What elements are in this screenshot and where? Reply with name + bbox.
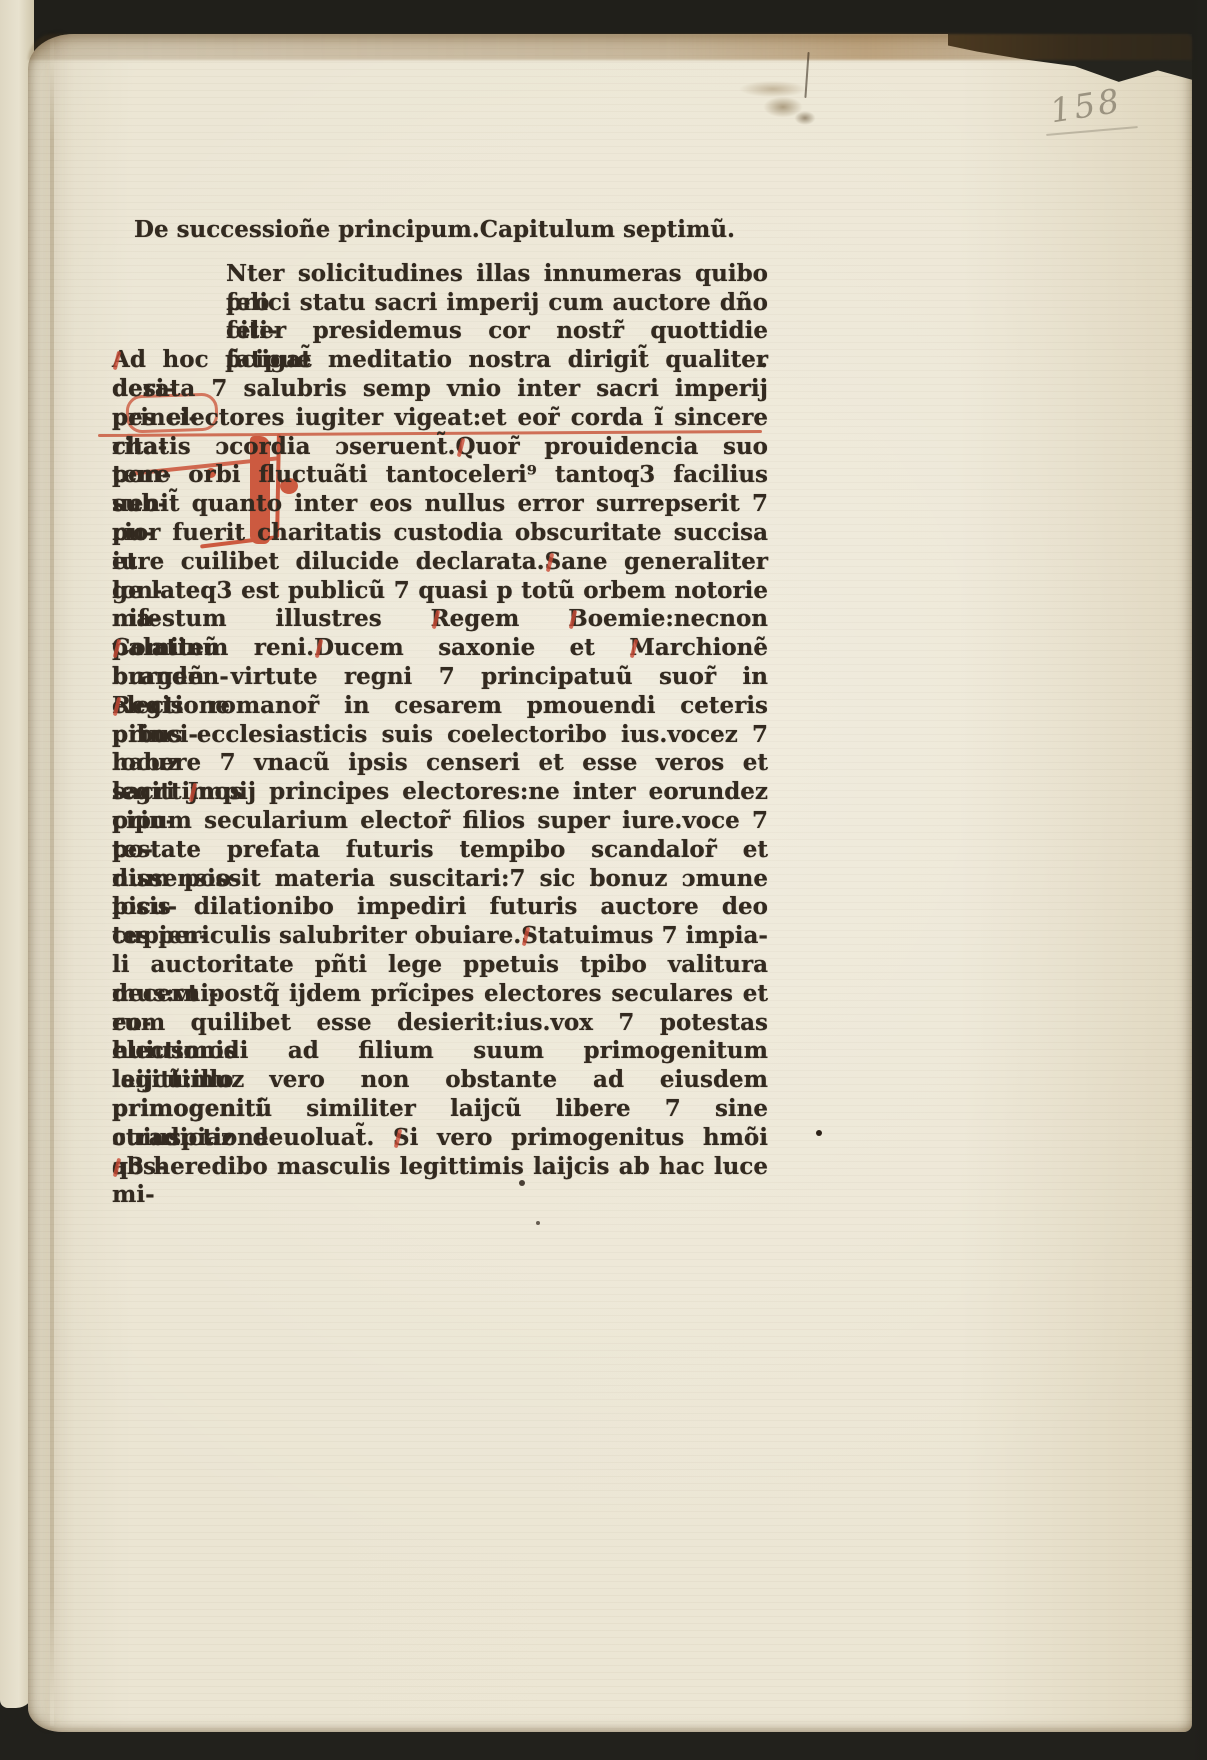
text-line: Regis romanor̃ in cesarem pmouendi ceter…: [112, 692, 768, 721]
text-line: nifestum illustres Regem Boemie:necnon C…: [112, 605, 768, 634]
text-line: tes periculis salubriter obuiare.Statuim…: [112, 922, 768, 951]
chapter-heading: De successioñe principum.Capitulum septi…: [112, 216, 768, 245]
body-text: Nter solicitudines illas innumeras quibo…: [112, 260, 768, 1182]
text-line: mus:vt postq̃ ijdem prĩcipes electores s…: [112, 980, 768, 1009]
text-line: sacri Jmpij principes electores:ne inter…: [112, 778, 768, 807]
text-line: habere 7 vnacũ ipsis censeri et esse ver…: [112, 749, 768, 778]
text-line: uenit̃ quanto inter eos nullus error sur…: [112, 490, 768, 519]
text-line: Ad hoc p̃cipue meditatio nostra dirigit̃…: [112, 346, 768, 375]
text-line: ritatis ɔcordia ɔseruent̃.Quor̃ prouiden…: [112, 433, 768, 462]
text-line: pore orbi fluctuãti tantoceleri⁹ tantoq3…: [112, 461, 768, 490]
gutter-crease: [50, 38, 54, 1726]
text-line: iure cuilibet dilucide declarata.Sane ge…: [112, 548, 768, 577]
page-number-annotation: 158: [1047, 81, 1124, 131]
text-line: pibus ecclesiasticis suis coelectoribo i…: [112, 721, 768, 750]
text-line: laijcũ:illo vero non obstante ad eiusdem…: [112, 1066, 768, 1095]
text-line: ge lateq3 est publicũ 7 quasi p totũ orb…: [112, 577, 768, 606]
text-line: losis dilationibo impediri futuris aucto…: [112, 893, 768, 922]
text-line: felici statu sacri imperij cum auctore d…: [112, 289, 768, 318]
text-line: burgeñ virtute regni 7 principatuũ suor̃…: [112, 663, 768, 692]
text-line: pes electores iugiter vigeat:et eor̃ cor…: [112, 404, 768, 433]
text-line: num possit materia suscitari:7 sic bonuz…: [112, 865, 768, 894]
ink-dot: [536, 1221, 540, 1225]
text-line: cuiuspiaz deuoluat̃. Si vero primogenitu…: [112, 1124, 768, 1153]
ink-dot: [816, 1130, 822, 1136]
text-line: derata 7 salubris semp vnio inter sacri …: [112, 375, 768, 404]
text-line: rum quilibet esse desierit:ius.vox 7 pot…: [112, 1009, 768, 1038]
paper-stain: [790, 108, 820, 128]
text-line: Nter solicitudines illas innumeras quibo…: [112, 260, 768, 289]
text-line: primogenitũ similiter laijcũ libere 7 si…: [112, 1095, 768, 1124]
book-page: 158 De successioñe principum.Capitulum s…: [28, 34, 1192, 1732]
text-line: huiusmodi ad filium suum primogenitum le…: [112, 1037, 768, 1066]
text-line: li auctoritate pñti lege ppetuis tpibo v…: [112, 951, 768, 980]
text-line: q3 heredibo masculis legittimis laijcis …: [112, 1153, 768, 1182]
page-top-scorch-stain: [28, 34, 1192, 60]
text-line: citer presidemus cor nostr̃ quottidie fa…: [112, 317, 768, 346]
text-line: rior fuerit charitatis custodia obscurit…: [112, 519, 768, 548]
text-line: testate prefata futuris tempibo scandalo…: [112, 836, 768, 865]
scan-right-edge-shadow: [1191, 0, 1207, 1760]
text-line: cipum secularium elector̃ filios super i…: [112, 807, 768, 836]
text-block: De successioñe principum.Capitulum septi…: [112, 216, 768, 1181]
